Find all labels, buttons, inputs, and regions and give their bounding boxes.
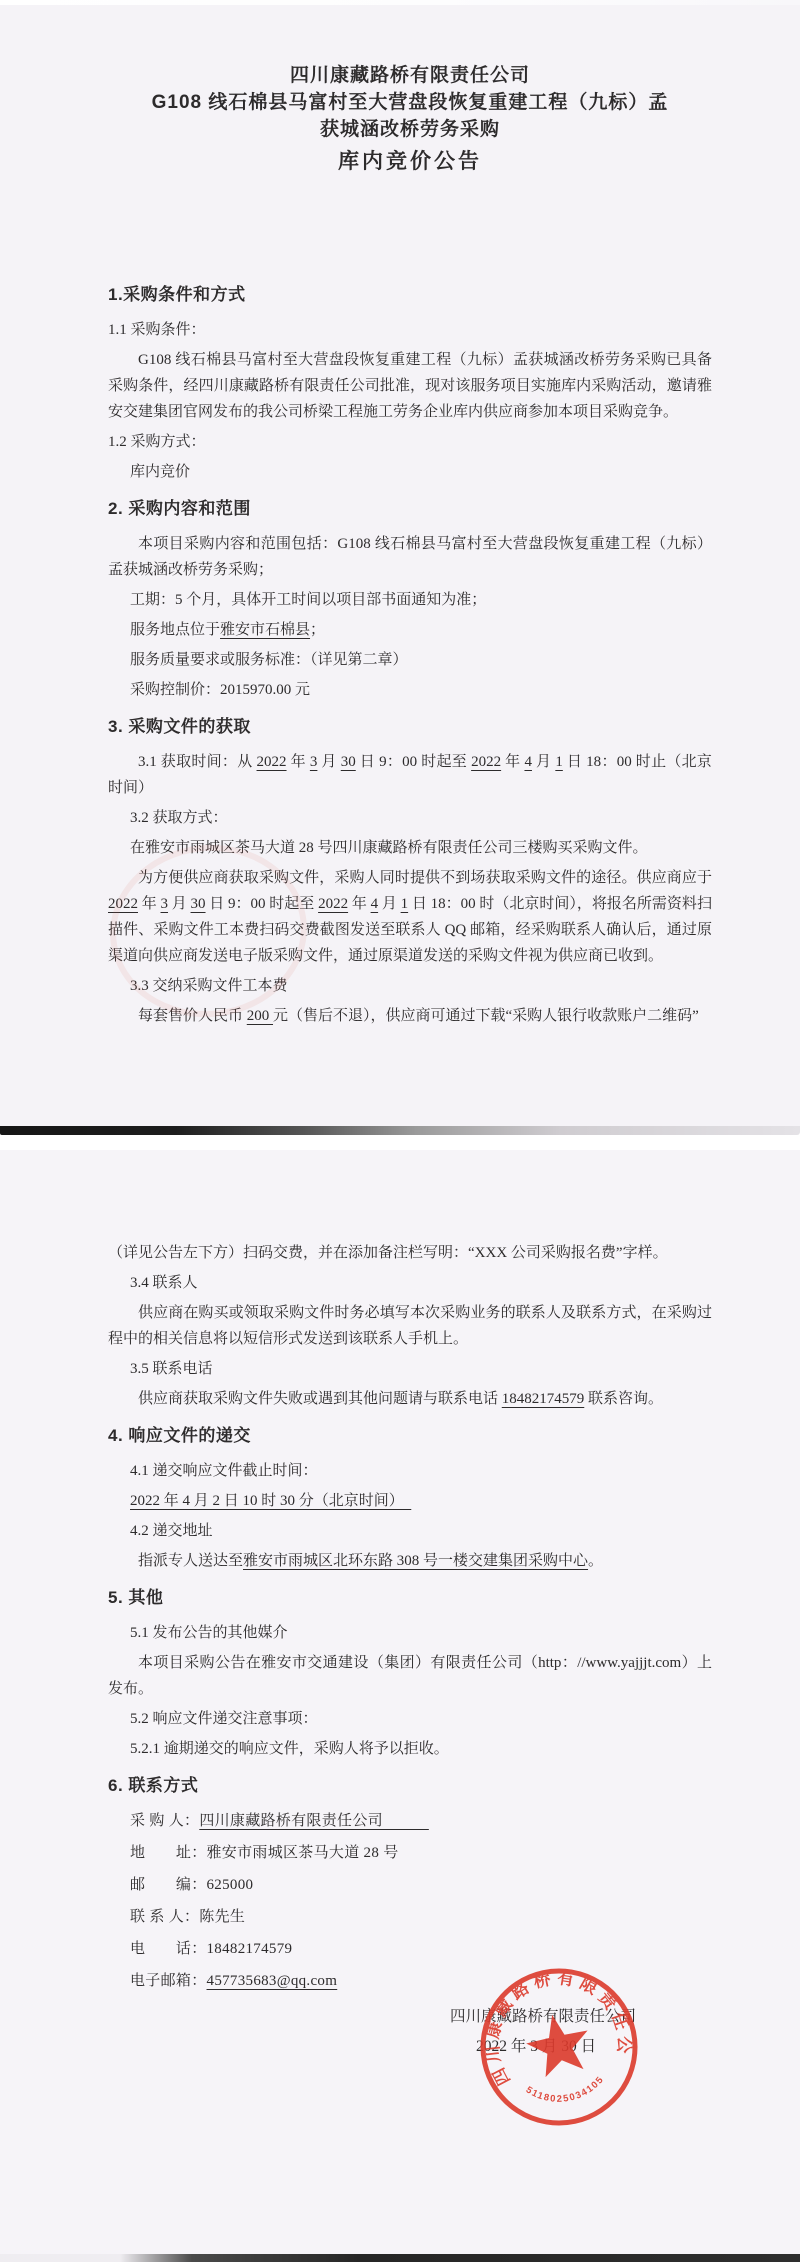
control-price-line: 采购控制价：2015970.00 元 [108, 677, 712, 703]
company-seal: 四川康藏路桥有限责任公司 5118025034105 [458, 1946, 660, 2148]
seal-number: 5118025034105 [522, 2069, 609, 2113]
page-2-text: （详见公告左下方）扫码交费，并在添加备注栏写明：“XXX 公司采购报名费”字样。… [108, 1240, 712, 1994]
page-separator [0, 1135, 800, 1150]
clause-3-4: 3.4 联系人 [108, 1270, 712, 1296]
doc-title-announcement: 库内竞价公告 [108, 147, 712, 177]
clause-5-2-1: 5.2.1 逾期递交的响应文件，采购人将予以拒收。 [108, 1736, 712, 1762]
clause-3-5-body: 供应商获取采购文件失败或遇到其他问题请与联系电话 18482174579 联系咨… [108, 1386, 712, 1412]
svg-text:5118025034105: 5118025034105 [522, 2069, 609, 2113]
page-edge-shadow [0, 1126, 800, 1135]
clause-3-3-cont: （详见公告左下方）扫码交费，并在添加备注栏写明：“XXX 公司采购报名费”字样。 [108, 1240, 712, 1266]
section-3-heading: 3. 采购文件的获取 [108, 713, 712, 741]
scan-top-edge [0, 0, 800, 5]
clause-3-2: 3.2 获取方式： [108, 805, 712, 831]
page-2: （详见公告左下方）扫码交费，并在添加备注栏写明：“XXX 公司采购报名费”字样。… [0, 1150, 800, 2254]
purchaser-line: 采 购 人：四川康藏路桥有限责任公司 [108, 1808, 712, 1834]
clause-1-1-body: G108 线石棉县马富村至大营盘段恢复重建工程（九标）孟获城涵改桥劳务采购已具备… [108, 347, 712, 425]
page-1: 四川康藏路桥有限责任公司G108 线石棉县马富村至大营盘段恢复重建工程（九标）孟… [0, 0, 800, 1130]
seal-star-icon [521, 2008, 595, 2079]
scanned-document: 四川康藏路桥有限责任公司G108 线石棉县马富村至大营盘段恢复重建工程（九标）孟… [0, 0, 800, 2262]
clause-4-1: 4.1 递交响应文件截止时间： [108, 1458, 712, 1484]
clause-5-1-body: 本项目采购公告在雅安市交通建设（集团）有限责任公司（http：//www.yaj… [108, 1650, 712, 1702]
clause-4-2: 4.2 递交地址 [108, 1518, 712, 1544]
clause-1-2: 1.2 采购方式： [108, 429, 712, 455]
doc-title-project-1: G108 线石棉县马富村至大营盘段恢复重建工程（九标）孟 [108, 89, 712, 116]
section-6-heading: 6. 联系方式 [108, 1772, 712, 1800]
duration-line: 工期：5 个月，具体开工时间以项目部书面通知为准； [108, 587, 712, 613]
clause-5-2: 5.2 响应文件递交注意事项： [108, 1706, 712, 1732]
clause-1-2-body: 库内竞价 [108, 459, 712, 485]
section-4-heading: 4. 响应文件的递交 [108, 1422, 712, 1450]
clause-2-body: 本项目采购内容和范围包括：G108 线石棉县马富村至大营盘段恢复重建工程（九标）… [108, 531, 712, 583]
location-line: 服务地点位于雅安市石棉县； [108, 617, 712, 643]
scan-bottom-edge [0, 2254, 800, 2262]
postcode-line: 邮 编：625000 [108, 1872, 712, 1898]
doc-title-company: 四川康藏路桥有限责任公司 [108, 62, 712, 89]
quality-line: 服务质量要求或服务标准：（详见第二章） [108, 647, 712, 673]
clause-3-4-body: 供应商在购买或领取采购文件时务必填写本次采购业务的联系人及联系方式，在采购过程中… [108, 1300, 712, 1352]
clause-3-5: 3.5 联系电话 [108, 1356, 712, 1382]
clause-1-1: 1.1 采购条件： [108, 317, 712, 343]
contact-person-line: 联 系 人：陈先生 [108, 1904, 712, 1930]
section-5-heading: 5. 其他 [108, 1584, 712, 1612]
clause-5-1: 5.1 发布公告的其他媒介 [108, 1620, 712, 1646]
section-1-heading: 1.采购条件和方式 [108, 281, 712, 309]
section-2-heading: 2. 采购内容和范围 [108, 495, 712, 523]
clause-4-1-body: 2022 年 4 月 2 日 10 时 30 分（北京时间） [108, 1488, 712, 1514]
clause-3-1: 3.1 获取时间：从 2022 年 3 月 30 日 9：00 时起至 2022… [108, 749, 712, 801]
clause-4-2-body: 指派专人送达至雅安市雨城区北环东路 308 号一楼交建集团采购中心。 [108, 1548, 712, 1574]
address-line: 地 址：雅安市雨城区茶马大道 28 号 [108, 1840, 712, 1866]
doc-title-project-2: 获城涵改桥劳务采购 [108, 116, 712, 143]
